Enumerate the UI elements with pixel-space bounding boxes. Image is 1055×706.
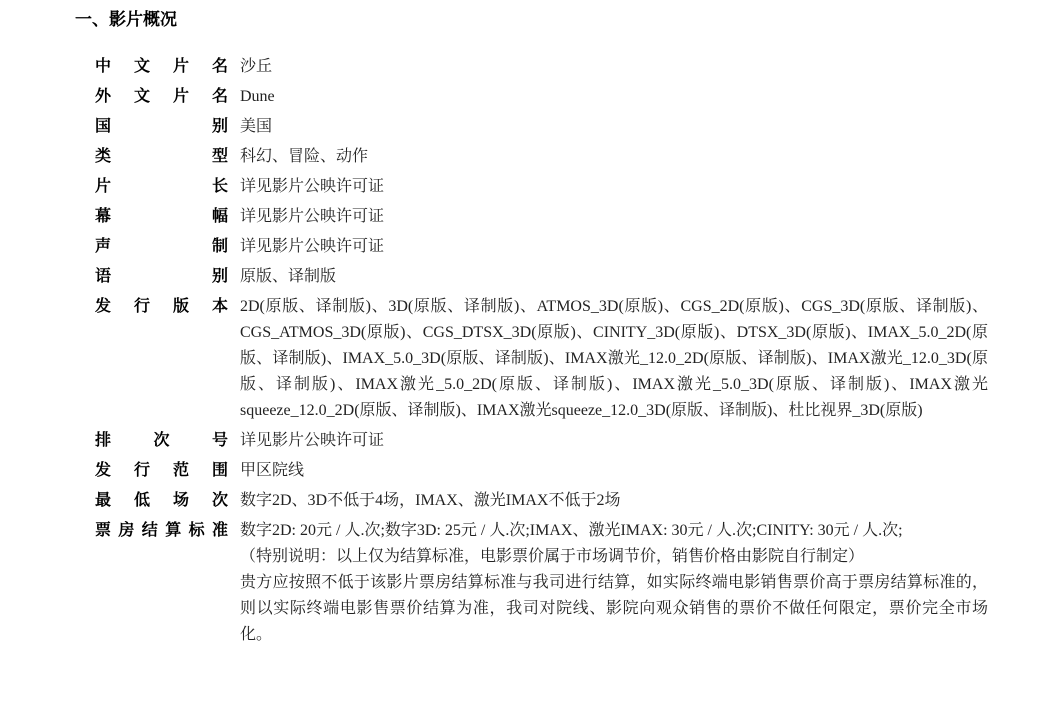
- field-label: 中文片名: [95, 54, 228, 80]
- field-label: 排次号: [95, 428, 228, 454]
- field-label: 类型: [95, 144, 228, 170]
- field-value: 甲区院线: [240, 458, 988, 484]
- field-label: 票房结算标准: [95, 518, 228, 544]
- field-label: 发行版本: [95, 294, 228, 320]
- field-row: 最低场次 数字2D、3D不低于4场，IMAX、激光IMAX不低于2场: [95, 488, 1055, 514]
- fields-list: 中文片名 沙丘 外文片名 Dune 国别 美国 类型 科幻、冒险、动作 片长 详…: [95, 54, 1055, 648]
- field-value: 详见影片公映许可证: [240, 234, 988, 260]
- field-label: 国别: [95, 114, 228, 140]
- field-row: 片长 详见影片公映许可证: [95, 174, 1055, 200]
- field-label: 幕幅: [95, 204, 228, 230]
- field-row: 票房结算标准 数字2D: 20元 / 人.次;数字3D: 25元 / 人.次;I…: [95, 518, 1055, 648]
- field-label: 声制: [95, 234, 228, 260]
- field-value: 详见影片公映许可证: [240, 428, 988, 454]
- field-value: 原版、译制版: [240, 264, 988, 290]
- field-row: 国别 美国: [95, 114, 1055, 140]
- field-label: 最低场次: [95, 488, 228, 514]
- field-row: 幕幅 详见影片公映许可证: [95, 204, 1055, 230]
- field-row: 中文片名 沙丘: [95, 54, 1055, 80]
- field-value-paragraph: 数字2D: 20元 / 人.次;数字3D: 25元 / 人.次;IMAX、激光I…: [240, 518, 988, 544]
- field-value: 数字2D: 20元 / 人.次;数字3D: 25元 / 人.次;IMAX、激光I…: [240, 518, 988, 648]
- field-row: 声制 详见影片公映许可证: [95, 234, 1055, 260]
- field-value: Dune: [240, 84, 988, 110]
- field-row: 排次号 详见影片公映许可证: [95, 428, 1055, 454]
- field-value: 科幻、冒险、动作: [240, 144, 988, 170]
- field-value: 数字2D、3D不低于4场，IMAX、激光IMAX不低于2场: [240, 488, 988, 514]
- field-value: 详见影片公映许可证: [240, 174, 988, 200]
- field-value-paragraph: 贵方应按照不低于该影片票房结算标准与我司进行结算，如实际终端电影销售票价高于票房…: [240, 570, 988, 648]
- section-title: 一、影片概况: [75, 8, 1055, 32]
- field-row: 语别 原版、译制版: [95, 264, 1055, 290]
- field-value: 沙丘: [240, 54, 988, 80]
- field-value: 详见影片公映许可证: [240, 204, 988, 230]
- field-value: 美国: [240, 114, 988, 140]
- field-label: 语别: [95, 264, 228, 290]
- field-label: 外文片名: [95, 84, 228, 110]
- field-value-paragraph: （特别说明：以上仅为结算标准，电影票价属于市场调节价，销售价格由影院自行制定）: [240, 544, 988, 570]
- field-label: 片长: [95, 174, 228, 200]
- field-value: 2D(原版、译制版)、3D(原版、译制版)、ATMOS_3D(原版)、CGS_2…: [240, 294, 988, 424]
- field-label: 发行范围: [95, 458, 228, 484]
- field-row: 发行范围 甲区院线: [95, 458, 1055, 484]
- field-row: 外文片名 Dune: [95, 84, 1055, 110]
- film-overview-document: 一、影片概况 中文片名 沙丘 外文片名 Dune 国别 美国 类型 科幻、冒险、…: [0, 0, 1055, 648]
- field-row: 发行版本 2D(原版、译制版)、3D(原版、译制版)、ATMOS_3D(原版)、…: [95, 294, 1055, 424]
- field-row: 类型 科幻、冒险、动作: [95, 144, 1055, 170]
